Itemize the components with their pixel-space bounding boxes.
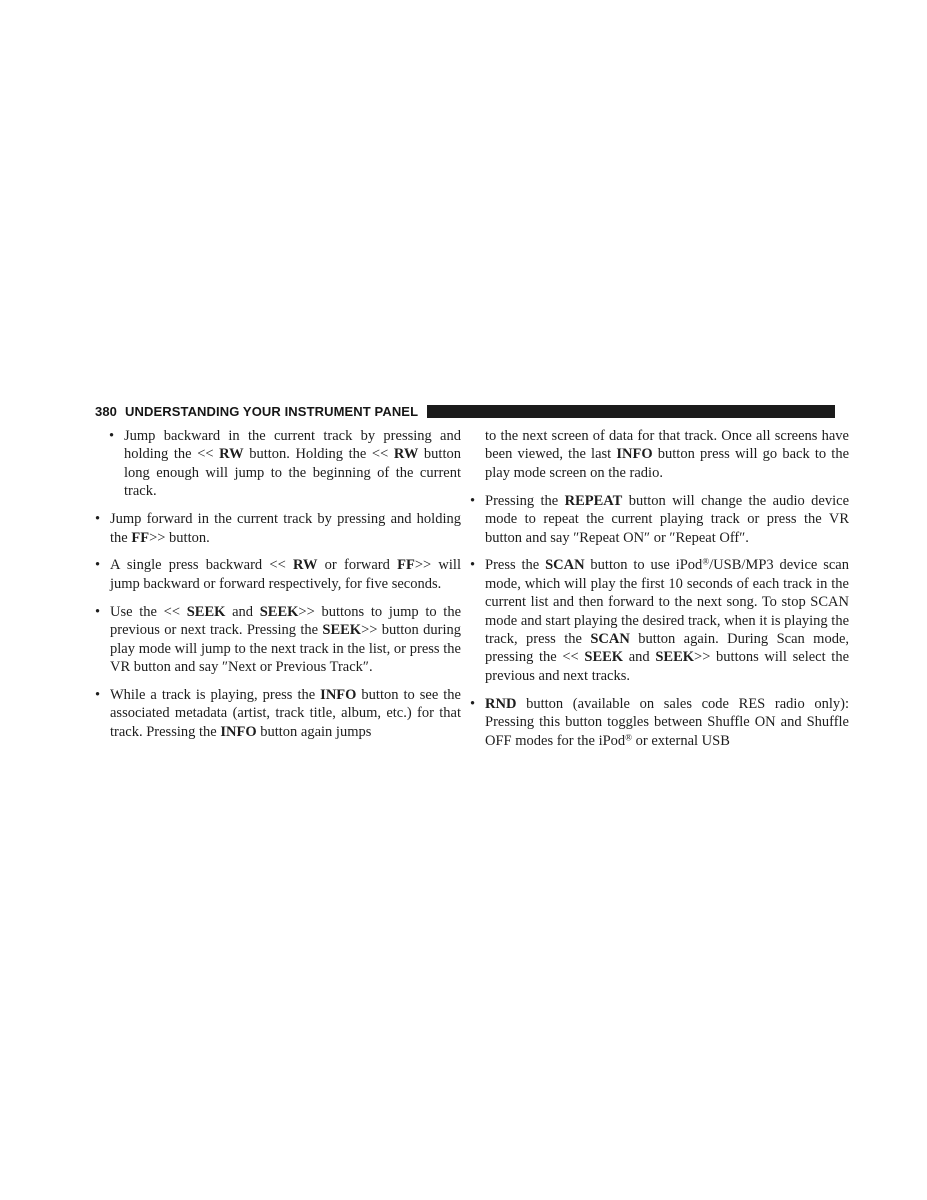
page-title: UNDERSTANDING YOUR INSTRUMENT PANEL [125, 404, 418, 419]
left-column: •Jump backward in the current track by p… [95, 427, 461, 751]
text-segment: or forward [317, 557, 397, 573]
bold-text-segment: REPEAT [565, 493, 623, 509]
bold-text-segment: RW [219, 446, 243, 462]
bold-text-segment: INFO [320, 687, 356, 703]
bullet-paragraph: •While a track is playing, press the INF… [95, 686, 461, 741]
bold-text-segment: RW [293, 557, 317, 573]
header-rule-bar [427, 405, 835, 418]
superscript-segment: ® [625, 732, 632, 742]
page-header: 380 UNDERSTANDING YOUR INSTRUMENT PANEL [95, 404, 835, 419]
text-segment: While a track is playing, press the [110, 687, 320, 703]
bold-text-segment: INFO [220, 724, 256, 740]
text-segment: Pressing the [485, 493, 565, 509]
manual-page: 380 UNDERSTANDING YOUR INSTRUMENT PANEL … [0, 0, 927, 1200]
bullet-paragraph: •RND button (available on sales code RES… [470, 695, 849, 750]
bullet-paragraph: •Press the SCAN button to use iPod®/USB/… [470, 556, 849, 685]
bold-text-segment: SEEK [260, 604, 299, 620]
text-segment: and [623, 649, 655, 665]
text-segment: Press the [485, 557, 545, 573]
text-segment: button again jumps [257, 724, 372, 740]
text-segment: and [225, 604, 259, 620]
bold-text-segment: RW [394, 446, 418, 462]
bullet-marker: • [95, 686, 100, 704]
continuation-paragraph: to the next screen of data for that trac… [470, 427, 849, 482]
text-segment: >> button. [149, 530, 210, 546]
bullet-marker: • [95, 556, 100, 574]
bold-text-segment: FF [397, 557, 415, 573]
bullet-paragraph: •Jump forward in the current track by pr… [95, 510, 461, 547]
text-segment: or external USB [632, 733, 730, 749]
right-column: to the next screen of data for that trac… [470, 427, 849, 760]
bullet-marker: • [109, 427, 114, 445]
text-segment: Use the << [110, 604, 187, 620]
bold-text-segment: INFO [616, 446, 652, 462]
bullet-marker: • [95, 510, 100, 528]
bullet-marker: • [470, 556, 475, 574]
bullet-paragraph: •Jump backward in the current track by p… [109, 427, 461, 501]
bullet-paragraph: •Pressing the REPEAT button will change … [470, 492, 849, 547]
bold-text-segment: SEEK [322, 622, 361, 638]
text-segment: A single press backward << [110, 557, 293, 573]
bold-text-segment: FF [131, 530, 149, 546]
bold-text-segment: SEEK [655, 649, 694, 665]
text-segment: button. Holding the << [244, 446, 394, 462]
bullet-paragraph: •A single press backward << RW or forwar… [95, 556, 461, 593]
bold-text-segment: SEEK [584, 649, 623, 665]
bold-text-segment: SCAN [590, 631, 629, 647]
page-number: 380 [95, 404, 117, 419]
text-segment: button to use iPod [585, 557, 703, 573]
bullet-paragraph: •Use the << SEEK and SEEK>> buttons to j… [95, 603, 461, 677]
bullet-marker: • [470, 695, 475, 713]
bold-text-segment: SEEK [187, 604, 226, 620]
bullet-marker: • [470, 492, 475, 510]
bold-text-segment: RND [485, 696, 516, 712]
bullet-marker: • [95, 603, 100, 621]
bold-text-segment: SCAN [545, 557, 584, 573]
